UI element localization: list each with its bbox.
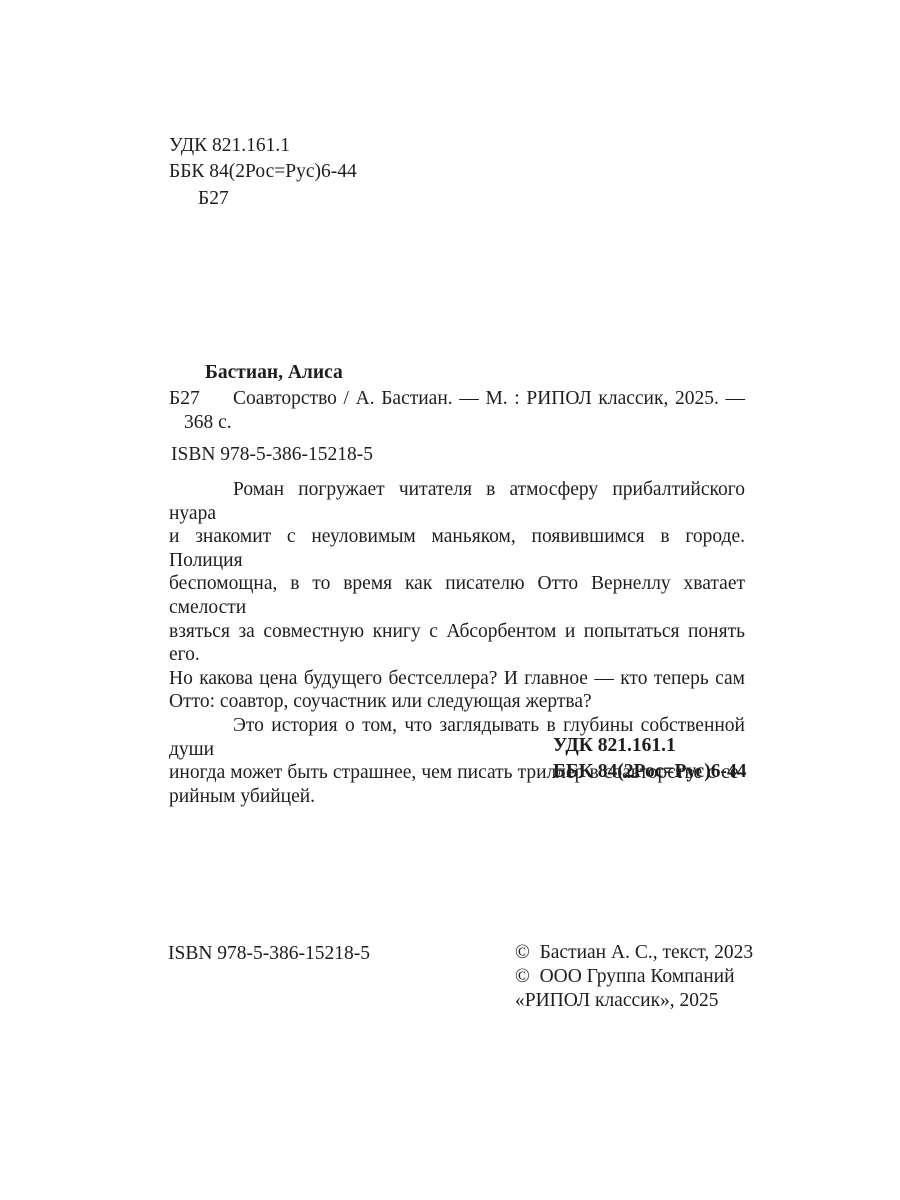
top-udc-number: УДК 821.161.1: [169, 133, 357, 159]
annotation-para1-line6: Отто: соавтор, соучастник или следующая …: [169, 690, 745, 714]
copyright-block: © Бастиан А. С., текст, 2023 © ООО Групп…: [515, 941, 753, 1014]
catalog-card-entry-line1: Соавторство / А. Бастиан. — М. : РИПОЛ к…: [184, 388, 745, 410]
annotation-para1-line1: Роман погружает читателя в атмосферу при…: [169, 478, 745, 525]
annotation-para1-line3: беспомощна, в то время как писателю Отто…: [169, 572, 745, 619]
catalog-card-isbn: ISBN 978-5-386-15218-5: [171, 444, 373, 466]
annotation-para1-line2: и знакомит с неуловимым маньяком, появив…: [169, 525, 745, 572]
copyright-publisher-line2: «РИПОЛ классик», 2025: [515, 989, 753, 1013]
annotation-para1-line4: взяться за совместную книгу с Абсорбенто…: [169, 620, 745, 667]
top-bbk-number: ББК 84(2Рос=Рус)6-44: [169, 159, 357, 185]
copyright-author-line: © Бастиан А. С., текст, 2023: [515, 941, 753, 965]
classification-udc: УДК 821.161.1: [553, 733, 746, 759]
imprint-page: УДК 821.161.1 ББК 84(2Рос=Рус)6-44 Б27 Б…: [0, 0, 900, 1200]
catalog-card-entry-line2: 368 с.: [184, 412, 232, 434]
classification-bbk: ББК 84(2Рос=Рус)6-44: [553, 759, 746, 785]
top-author-code: Б27: [169, 186, 357, 212]
annotation-para2-line3: рийным убийцей.: [169, 785, 745, 809]
catalog-card-author: Бастиан, Алиса: [205, 362, 343, 384]
classification-block: УДК 821.161.1 ББК 84(2Рос=Рус)6-44: [553, 733, 746, 784]
footer-isbn: ISBN 978-5-386-15218-5: [168, 943, 370, 965]
annotation-para1-line5: Но какова цена будущего бестселлера? И г…: [169, 667, 745, 691]
copyright-publisher-line: © ООО Группа Компаний: [515, 965, 753, 989]
top-classification-block: УДК 821.161.1 ББК 84(2Рос=Рус)6-44 Б27: [169, 133, 357, 212]
